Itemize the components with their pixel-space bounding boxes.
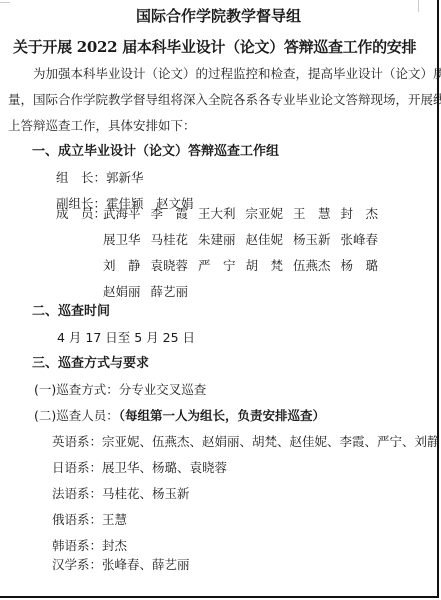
intro-paragraph-line: 上答辩巡查工作，具体安排如下： bbox=[8, 117, 196, 135]
members-row: 赵娟丽薛艺丽 bbox=[103, 283, 198, 301]
inspection-period: 4 月 17 日至 5 月 25 日 bbox=[57, 329, 195, 347]
member-name: 杨玉新 bbox=[293, 231, 341, 249]
section3-heading: 三、巡查方式与要求 bbox=[32, 355, 149, 373]
department-row: 日语系：展卫华、杨璐、袁晓蓉 bbox=[52, 459, 227, 477]
department-label: 汉学系： bbox=[52, 557, 102, 572]
member-name: 王大利 bbox=[198, 205, 246, 223]
leader-name: 郭新华 bbox=[106, 170, 144, 185]
inspection-staff-row: (二)巡查人员：（每组第一人为组长，负责安排巡查） bbox=[34, 407, 325, 425]
member-name: 伍燕杰 bbox=[293, 257, 341, 275]
member-name: 胡 梵 bbox=[246, 257, 294, 275]
document-title: 国际合作学院教学督导组 bbox=[0, 7, 437, 25]
member-name: 薛艺丽 bbox=[151, 283, 199, 301]
inspection-staff-note: （每组第一人为组长，负责安排巡查） bbox=[119, 408, 325, 423]
members-label: 成 员： bbox=[56, 205, 106, 223]
members-row: 刘 静袁晓蓉严 宁胡 梵伍燕杰杨 璐 bbox=[103, 257, 388, 275]
department-label: 法语系： bbox=[52, 486, 102, 501]
member-name: 赵佳妮 bbox=[246, 231, 294, 249]
member-name: 王 慧 bbox=[293, 205, 341, 223]
department-members: 展卫华、杨璐、袁晓蓉 bbox=[102, 460, 227, 475]
department-label: 日语系： bbox=[52, 460, 102, 475]
department-members: 封杰 bbox=[102, 538, 127, 553]
member-name: 严 宁 bbox=[198, 257, 246, 275]
department-row: 英语系：宗亚妮、伍燕杰、赵娟丽、胡梵、赵佳妮、李霞、严宁、刘静 bbox=[52, 433, 440, 451]
department-label: 韩语系： bbox=[52, 538, 102, 553]
department-members: 张峰春、薛艺丽 bbox=[102, 557, 190, 572]
member-name: 武海平 bbox=[103, 205, 151, 223]
member-name: 封 杰 bbox=[341, 205, 389, 223]
leader-row: 组 长：郭新华 bbox=[56, 169, 144, 187]
member-name: 展卫华 bbox=[103, 231, 151, 249]
intro-paragraph-line: 量，国际合作学院教学督导组将深入全院各系各专业毕业论文答辩现场，开展线 bbox=[8, 91, 441, 109]
section2-heading: 二、巡查时间 bbox=[32, 303, 110, 321]
department-row: 法语系：马桂花、杨玉新 bbox=[52, 485, 190, 503]
document-subtitle: 关于开展 2022 届本科毕业设计（论文）答辩巡查工作的安排 bbox=[13, 38, 416, 56]
department-label: 俄语系： bbox=[52, 512, 102, 527]
member-name: 宗亚妮 bbox=[246, 205, 294, 223]
member-name: 李 霞 bbox=[151, 205, 199, 223]
member-name: 袁晓蓉 bbox=[151, 257, 199, 275]
department-label: 英语系： bbox=[52, 434, 102, 449]
department-members: 王慧 bbox=[102, 512, 127, 527]
inspection-staff-label: (二)巡查人员： bbox=[34, 408, 119, 423]
member-name: 刘 静 bbox=[103, 257, 151, 275]
department-members: 马桂花、杨玉新 bbox=[102, 486, 190, 501]
member-name: 马桂花 bbox=[151, 231, 199, 249]
member-name: 赵娟丽 bbox=[103, 283, 151, 301]
leader-label: 组 长： bbox=[56, 170, 106, 185]
members-row: 武海平李 霞王大利宗亚妮王 慧封 杰 bbox=[103, 205, 388, 223]
member-name: 杨 璐 bbox=[341, 257, 389, 275]
document-page: 国际合作学院教学督导组 关于开展 2022 届本科毕业设计（论文）答辩巡查工作的… bbox=[0, 0, 439, 598]
page-corner-mark bbox=[0, 0, 10, 3]
inspection-method: (一)巡查方式：分专业交叉巡查 bbox=[34, 381, 206, 399]
department-row: 韩语系：封杰 bbox=[52, 537, 127, 555]
department-row: 汉学系：张峰春、薛艺丽 bbox=[52, 556, 190, 574]
section1-heading: 一、成立毕业设计（论文）答辩巡查工作组 bbox=[32, 143, 279, 161]
member-name: 朱建丽 bbox=[198, 231, 246, 249]
department-row: 俄语系：王慧 bbox=[52, 511, 127, 529]
intro-paragraph-line: 为加强本科毕业设计（论文）的过程监控和检查，提高毕业设计（论文）质 bbox=[33, 65, 441, 83]
department-members: 宗亚妮、伍燕杰、赵娟丽、胡梵、赵佳妮、李霞、严宁、刘静 bbox=[102, 434, 440, 449]
member-name: 张峰春 bbox=[341, 231, 389, 249]
members-row: 展卫华马桂花朱建丽赵佳妮杨玉新张峰春 bbox=[103, 231, 388, 249]
